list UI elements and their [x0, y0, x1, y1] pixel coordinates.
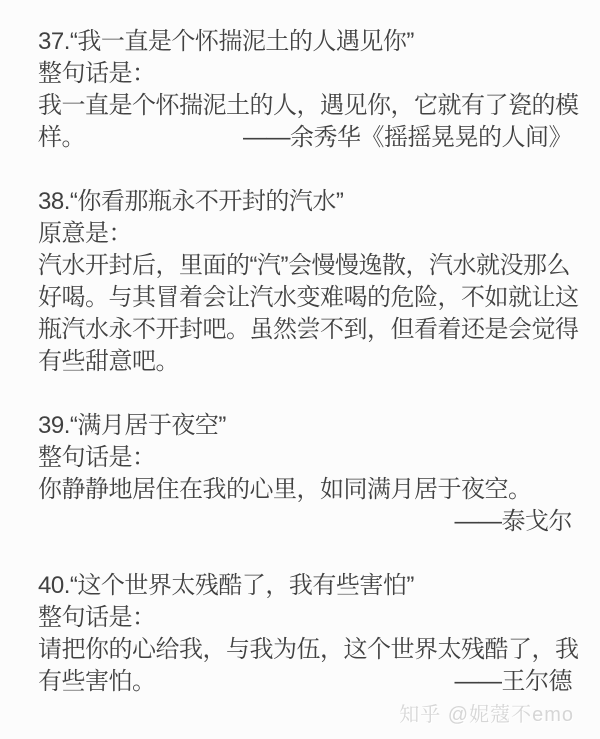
- quote-title-line: 40.“这个世界太残酷了，我有些害怕”: [38, 570, 572, 602]
- quote-intro-line: 整句话是：: [38, 58, 572, 90]
- quote-intro-line: 整句话是：: [38, 442, 572, 474]
- quote-body-line: 汽水开封后，里面的“汽”会慢慢逸散，汽水就没那么: [38, 250, 572, 282]
- quote-section-38: 38.“你看那瓶永不开封的汽水” 原意是： 汽水开封后，里面的“汽”会慢慢逸散，…: [38, 186, 572, 378]
- quote-attribution-line: 样。 ——余秀华《摇摇晃晃的人间》: [38, 122, 572, 154]
- quote-title-line: 37.“我一直是个怀揣泥土的人遇见你”: [38, 26, 572, 58]
- quote-body-line: 好喝。与其冒着会让汽水变难喝的危险，不如就让这: [38, 282, 572, 314]
- quote-body-line: 你静静地居住在我的心里，如同满月居于夜空。: [38, 474, 572, 506]
- quote-title-line: 39.“满月居于夜空”: [38, 410, 572, 442]
- attribution-text: ——余秀华《摇摇晃晃的人间》: [243, 122, 572, 154]
- quote-section-40: 40.“这个世界太残酷了，我有些害怕” 整句话是： 请把你的心给我，与我为伍，这…: [38, 570, 572, 698]
- quote-title-text: 40.“这个世界太残酷了，我有些害怕”: [38, 570, 414, 602]
- quote-title-line: 38.“你看那瓶永不开封的汽水”: [38, 186, 572, 218]
- attribution-text: ——王尔德: [455, 666, 573, 698]
- quote-section-37: 37.“我一直是个怀揣泥土的人遇见你” 整句话是： 我一直是个怀揣泥土的人，遇见…: [38, 26, 572, 154]
- quote-intro-text: 整句话是：: [38, 602, 156, 634]
- quote-title-text: 39.“满月居于夜空”: [38, 410, 226, 442]
- zhihu-watermark: 知乎 @妮蔻不emo: [399, 698, 574, 727]
- quote-intro-text: 原意是：: [38, 218, 132, 250]
- quote-body-line: 有些甜意吧。: [38, 346, 572, 378]
- quote-body-line: 请把你的心给我，与我为伍，这个世界太残酷了，我: [38, 634, 572, 666]
- quote-body-line: 瓶汽水永不开封吧。虽然尝不到，但看着还是会觉得: [38, 314, 572, 346]
- attribution-text: ——泰戈尔: [455, 506, 573, 538]
- quote-attribution-line: 有些害怕。 ——王尔德: [38, 666, 572, 698]
- quotes-list: 37.“我一直是个怀揣泥土的人遇见你” 整句话是： 我一直是个怀揣泥土的人，遇见…: [38, 26, 572, 698]
- quote-body-text: 好喝。与其冒着会让汽水变难喝的危险，不如就让这: [38, 282, 579, 314]
- quote-body-text: 汽水开封后，里面的“汽”会慢慢逸散，汽水就没那么: [38, 250, 570, 282]
- quote-section-39: 39.“满月居于夜空” 整句话是： 你静静地居住在我的心里，如同满月居于夜空。 …: [38, 410, 572, 538]
- quote-body-text: 请把你的心给我，与我为伍，这个世界太残酷了，我: [38, 634, 579, 666]
- quote-body-text: 有些害怕。: [38, 666, 156, 698]
- quote-body-text: 有些甜意吧。: [38, 346, 179, 378]
- quote-intro-text: 整句话是：: [38, 58, 156, 90]
- quote-intro-line: 原意是：: [38, 218, 572, 250]
- quote-body-line: 我一直是个怀揣泥土的人，遇见你，它就有了瓷的模: [38, 90, 572, 122]
- quote-title-text: 37.“我一直是个怀揣泥土的人遇见你”: [38, 26, 414, 58]
- quote-intro-text: 整句话是：: [38, 442, 156, 474]
- quote-attribution-line: ——泰戈尔: [38, 506, 572, 538]
- quote-body-text: 你静静地居住在我的心里，如同满月居于夜空。: [38, 474, 532, 506]
- quote-body-text: 样。: [38, 122, 85, 154]
- quote-intro-line: 整句话是：: [38, 602, 572, 634]
- quote-body-text: 瓶汽水永不开封吧。虽然尝不到，但看着还是会觉得: [38, 314, 579, 346]
- quote-body-text: 我一直是个怀揣泥土的人，遇见你，它就有了瓷的模: [38, 90, 579, 122]
- quote-title-text: 38.“你看那瓶永不开封的汽水”: [38, 186, 343, 218]
